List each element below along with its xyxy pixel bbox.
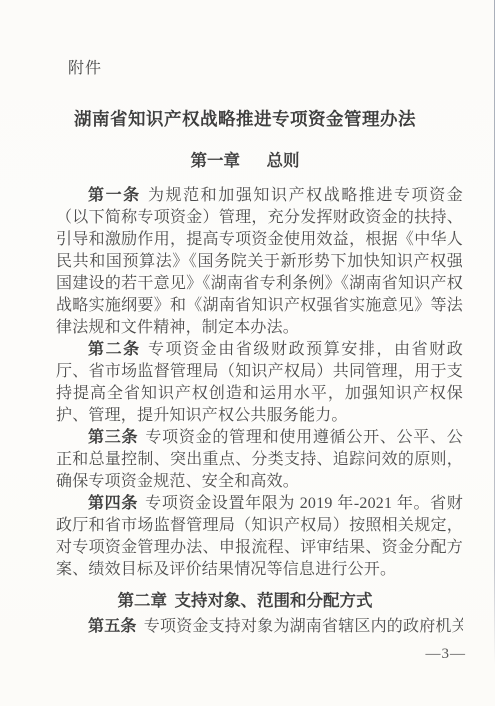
document-title: 湖南省知识产权战略推进专项资金管理办法: [0, 107, 490, 131]
chapter-2-title: 支持对象、范围和分配方式: [174, 591, 372, 610]
chapter-1-number: 第一章: [191, 151, 241, 170]
scan-margin-strip: [495, 0, 500, 706]
article-2-label: 第二条: [88, 341, 141, 358]
article-5-text: 专项资金支持对象为湖南省辖区内的政府机关、企事: [144, 618, 463, 635]
article-1-label: 第一条: [88, 187, 141, 204]
chapter-1-heading: 第一章总则: [0, 150, 490, 172]
chapter-1-title: 总则: [266, 151, 299, 170]
article-3: 第三条专项资金的管理和使用遵循公开、公平、公正和总量控制、突出重点、分类支持、追…: [56, 427, 463, 493]
chapter-2-number: 第二章: [118, 591, 168, 610]
document-body: 第一条为规范和加强知识产权战略推进专项资金（以下简称专项资金）管理，充分发挥财政…: [56, 185, 463, 581]
attachment-label: 附件: [68, 58, 102, 80]
scanned-document-page: 附件 湖南省知识产权战略推进专项资金管理办法 第一章总则 第一条为规范和加强知识…: [0, 0, 500, 706]
article-3-label: 第三条: [88, 429, 138, 446]
article-1: 第一条为规范和加强知识产权战略推进专项资金（以下简称专项资金）管理，充分发挥财政…: [56, 185, 463, 339]
article-2: 第二条专项资金由省级财政预算安排，由省财政厅、省市场监督管理局（知识产权局）共同…: [56, 339, 463, 427]
article-5: 第五条专项资金支持对象为湖南省辖区内的政府机关、企事: [56, 616, 463, 638]
scan-edge-line: [494, 0, 495, 665]
article-1-text: 为规范和加强知识产权战略推进专项资金（以下简称专项资金）管理，充分发挥财政资金的…: [56, 187, 463, 336]
chapter-2-heading: 第二章支持对象、范围和分配方式: [0, 590, 490, 612]
page-number: —3—: [426, 644, 467, 664]
article-5-label: 第五条: [88, 618, 137, 635]
article-4: 第四条专项资金设置年限为 2019 年-2021 年。省财政厅和省市场监督管理局…: [56, 493, 463, 581]
article-4-label: 第四条: [88, 495, 138, 512]
